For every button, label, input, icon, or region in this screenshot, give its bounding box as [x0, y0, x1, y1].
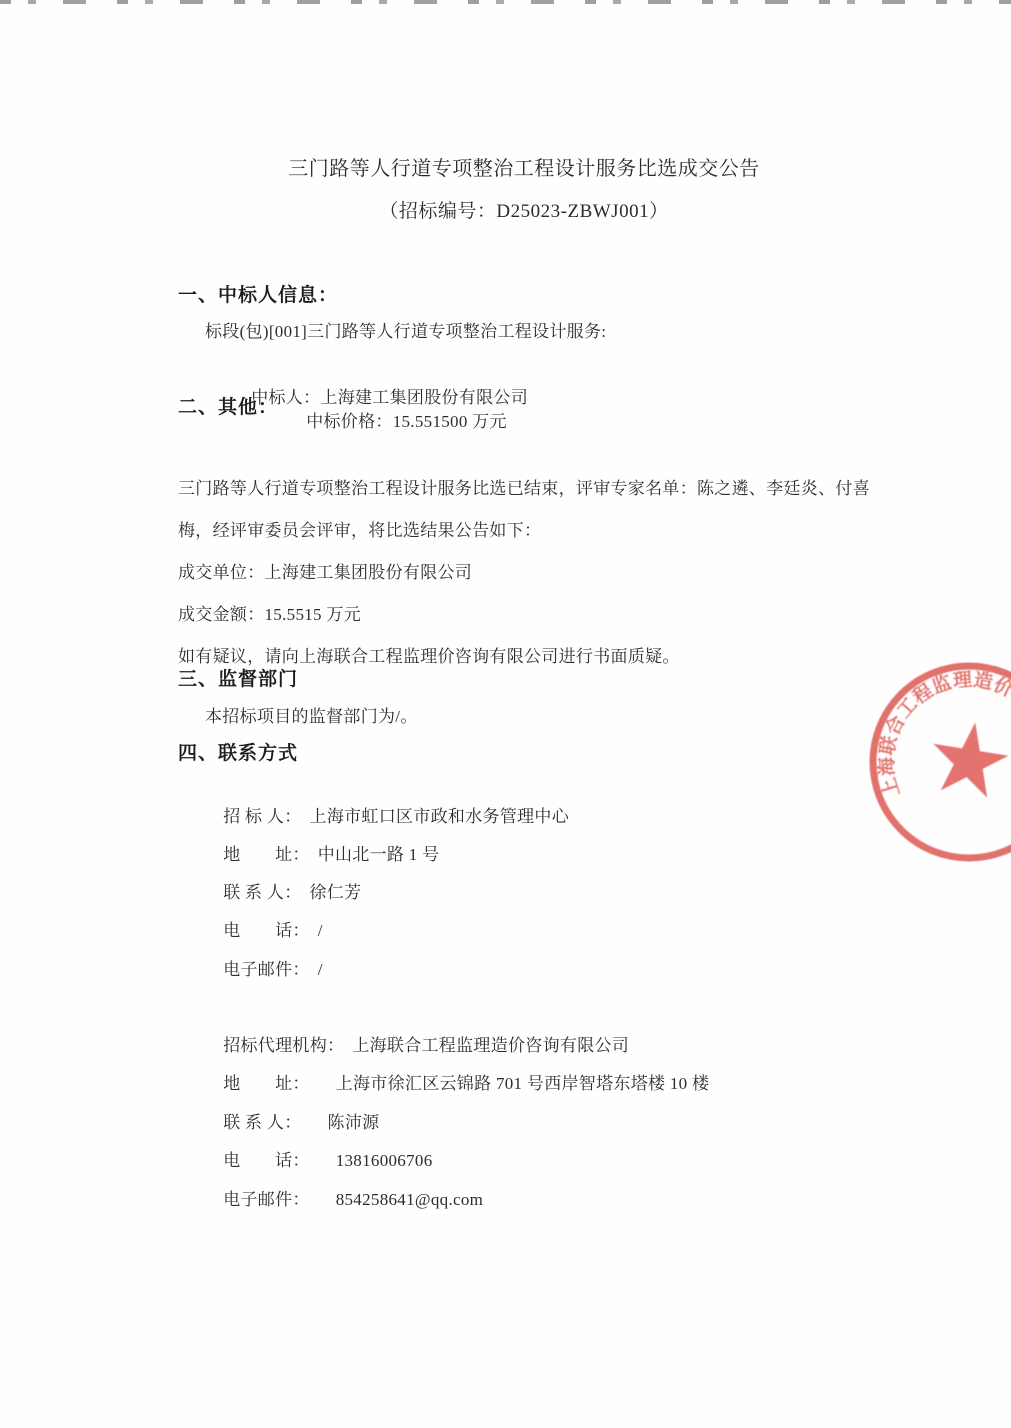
result-paragraph-line-2: 梅，经评审委员会评审，将比选结果公告如下： — [178, 519, 541, 543]
section4-heading: 四、联系方式 — [178, 741, 298, 766]
result-paragraph-line-1: 三门路等人行道专项整治工程设计服务比选已结束，评审专家名单：陈之遴、李廷炎、付喜 — [178, 477, 870, 501]
agency-email-value: 854258641@qq.com — [336, 1190, 483, 1209]
objection-line: 如有疑议，请向上海联合工程监理价咨询有限公司进行书面质疑。 — [178, 645, 680, 669]
tenderer-email-row: 电子邮件：/ — [205, 934, 323, 1006]
agency-email-label: 电子邮件： — [223, 1188, 310, 1212]
winner-price: 中标价格：15.551500 万元 — [306, 412, 507, 431]
seal-star-icon — [926, 717, 1011, 800]
email-label: 电子邮件： — [223, 958, 310, 982]
scan-artifact-top — [0, 0, 1011, 4]
document-page: 三门路等人行道专项整治工程设计服务比选成交公告 （招标编号：D25023-ZBW… — [0, 0, 1011, 1428]
award-unit-line: 成交单位：上海建工集团股份有限公司 — [178, 561, 472, 585]
award-amount-line: 成交金额：15.5515 万元 — [178, 603, 361, 627]
company-seal-stamp: 上海联合工程监理造价咨询有限公司 — [849, 642, 1011, 882]
email-value: / — [318, 960, 323, 979]
agency-email-row: 电子邮件：854258641@qq.com — [205, 1164, 483, 1236]
winner-name: 中标人：上海建工集团股份有限公司 — [251, 388, 528, 407]
section2-heading: 二、其他： — [178, 395, 278, 420]
section3-heading: 三、监督部门 — [178, 667, 298, 692]
agency-address-value: 上海市徐汇区云锦路 701 号西岸智塔东塔楼 10 楼 — [336, 1074, 710, 1093]
lot-line: 标段(包)[001]三门路等人行道专项整治工程设计服务: — [205, 320, 606, 344]
supervision-line: 本招标项目的监督部门为/。 — [205, 705, 418, 729]
tender-number-subtitle: （招标编号：D25023-ZBWJ001） — [178, 199, 870, 225]
section1-heading: 一、中标人信息： — [178, 283, 338, 308]
document-title: 三门路等人行道专项整治工程设计服务比选成交公告 — [178, 156, 870, 182]
